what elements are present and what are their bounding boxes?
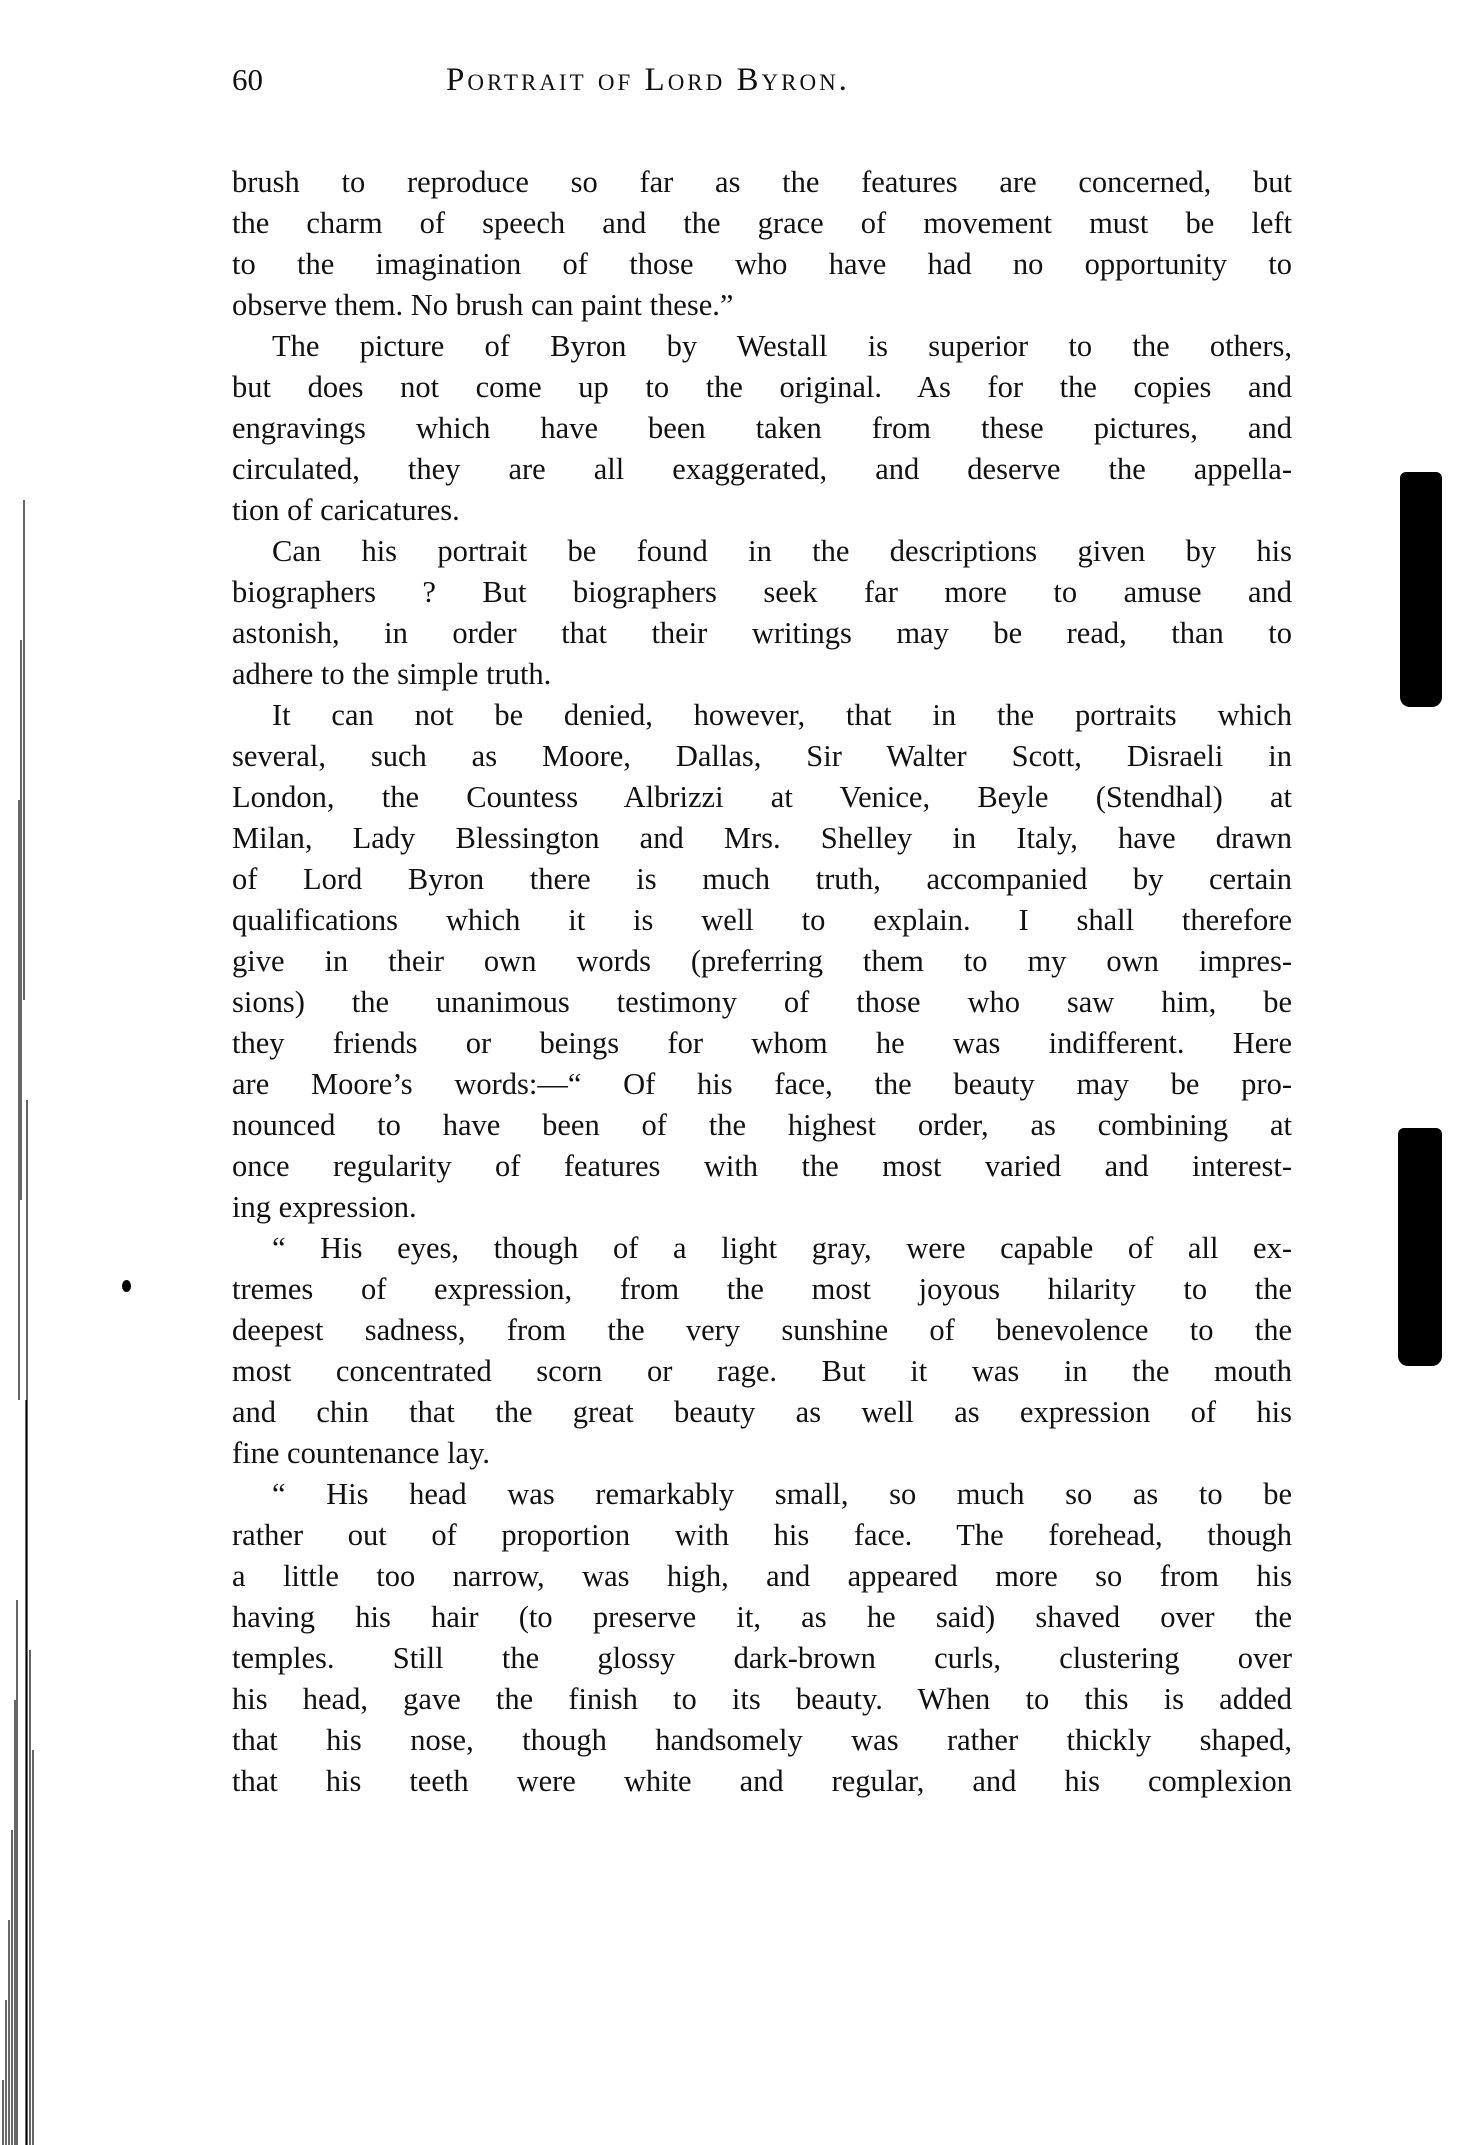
text-line: tremes of expression, from the most joyo… bbox=[232, 1269, 1292, 1310]
text-line: once regularity of features with the mos… bbox=[232, 1146, 1292, 1187]
text-line: but does not come up to the original. As… bbox=[232, 367, 1292, 408]
gutter-mark-bottom bbox=[1398, 1128, 1442, 1366]
text-line: tion of caricatures. bbox=[232, 490, 1292, 531]
text-line: “ His eyes, though of a light gray, were… bbox=[232, 1228, 1292, 1269]
text-line: his head, gave the finish to its beauty.… bbox=[232, 1679, 1292, 1720]
text-line: ing expression. bbox=[232, 1187, 1292, 1228]
text-line: the charm of speech and the grace of mov… bbox=[232, 203, 1292, 244]
gutter-mark-top bbox=[1400, 472, 1442, 707]
text-line: observe them. No brush can paint these.” bbox=[232, 285, 1292, 326]
text-line: they friends or beings for whom he was i… bbox=[232, 1023, 1292, 1064]
text-line: rather out of proportion with his face. … bbox=[232, 1515, 1292, 1556]
text-line: several, such as Moore, Dallas, Sir Walt… bbox=[232, 736, 1292, 777]
text-line: Can his portrait be found in the descrip… bbox=[232, 531, 1292, 572]
text-line: deepest sadness, from the very sunshine … bbox=[232, 1310, 1292, 1351]
text-line: a little too narrow, was high, and appea… bbox=[232, 1556, 1292, 1597]
text-line: fine countenance lay. bbox=[232, 1433, 1292, 1474]
text-line: sions) the unanimous testimony of those … bbox=[232, 982, 1292, 1023]
text-line: The picture of Byron by Westall is super… bbox=[232, 326, 1292, 367]
text-line: biographers ? But biographers seek far m… bbox=[232, 572, 1292, 613]
text-line: “ His head was remarkably small, so much… bbox=[232, 1474, 1292, 1515]
text-line: to the imagination of those who have had… bbox=[232, 244, 1292, 285]
text-line: having his hair (to preserve it, as he s… bbox=[232, 1597, 1292, 1638]
text-line: brush to reproduce so far as the feature… bbox=[232, 162, 1292, 203]
text-line: engravings which have been taken from th… bbox=[232, 408, 1292, 449]
body-text: brush to reproduce so far as the feature… bbox=[232, 162, 1292, 1802]
text-line: of Lord Byron there is much truth, accom… bbox=[232, 859, 1292, 900]
text-line: astonish, in order that their writings m… bbox=[232, 613, 1292, 654]
text-line: circulated, they are all exaggerated, an… bbox=[232, 449, 1292, 490]
running-title: Portrait of Lord Byron. bbox=[446, 62, 850, 99]
text-line: and chin that the great beauty as well a… bbox=[232, 1392, 1292, 1433]
page-number: 60 bbox=[232, 62, 263, 98]
binding-edge-lines bbox=[0, 500, 40, 2145]
text-line: give in their own words (preferring them… bbox=[232, 941, 1292, 982]
text-line: London, the Countess Albrizzi at Venice,… bbox=[232, 777, 1292, 818]
text-line: most concentrated scorn or rage. But it … bbox=[232, 1351, 1292, 1392]
stray-ink-dot bbox=[122, 1280, 131, 1292]
page-header: 60 Portrait of Lord Byron. bbox=[232, 62, 1292, 106]
text-line: adhere to the simple truth. bbox=[232, 654, 1292, 695]
text-line: temples. Still the glossy dark-brown cur… bbox=[232, 1638, 1292, 1679]
text-line: that his teeth were white and regular, a… bbox=[232, 1761, 1292, 1802]
text-line: are Moore’s words:—“ Of his face, the be… bbox=[232, 1064, 1292, 1105]
text-line: Milan, Lady Blessington and Mrs. Shelley… bbox=[232, 818, 1292, 859]
text-line: qualifications which it is well to expla… bbox=[232, 900, 1292, 941]
text-line: It can not be denied, however, that in t… bbox=[232, 695, 1292, 736]
text-line: nounced to have been of the highest orde… bbox=[232, 1105, 1292, 1146]
text-line: that his nose, though handsomely was rat… bbox=[232, 1720, 1292, 1761]
